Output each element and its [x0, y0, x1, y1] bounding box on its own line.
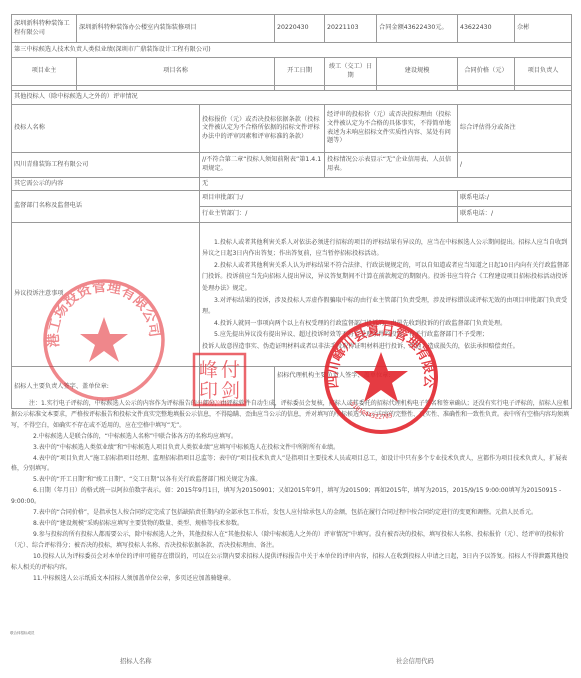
note-item: 注：1.实行电子评标的，中标候选人公示的内容作为评标报告的一部分，由评标软件自动…: [11, 399, 571, 432]
supervision-label: 监督部门名称及监督电话: [12, 191, 200, 223]
complaint-item: 投诉人故意捏造事实、伪造证明材料或者以非法手段取得证明材料进行投诉，给他人造成损…: [202, 341, 569, 353]
others-header-basis: 投标报价（元）或否决投标依据条款（投标文件被认定为不合格所依据的招标文件评标办法…: [200, 105, 325, 153]
header-manager: 项目负责人: [515, 58, 572, 86]
note-item: 9.参与投标的所有投标人都需要公示，除中标候选人之外，其他投标人在“其他投标人（…: [11, 530, 571, 552]
others-section-title: 其他投标人（除中标候选人之外的）评审情况: [12, 91, 572, 105]
performance-row: 深圳新科特种装饰工程有限公司 深圳新科特种装饰办公楼室内装饰装修项目 20220…: [12, 15, 572, 43]
manager-cell: 佘彬: [515, 15, 572, 43]
complaint-item: 2.投标人或者其他利害关系人认为评标结果不符合法律、行政法规规定的，可以自知道或…: [202, 260, 569, 295]
note-item: 6.日期（年月日）的格式统一以阿拉伯数字表示。如：2015年9月1日，填写为20…: [11, 486, 571, 508]
complaint-notice: 1.投标人或者其他利害关系人对依法必须进行招标的项目的评标结果有异议的，应当在中…: [200, 223, 572, 367]
third-candidate-title: 第三中标候选人技术负责人类似业绩(深圳市广鼎装饰设计工程有限公司): [12, 43, 572, 58]
bid-table: 深圳新科特种装饰工程有限公司 深圳新科特种装饰办公楼室内装饰装修项目 20220…: [11, 14, 572, 409]
other-content-label: 其它需公示的内容: [12, 178, 200, 191]
others-row: 四川青鼎装饰工程有限公司 //不符合第二章“投标人须知前附表”第1.4.1项规定…: [12, 153, 572, 178]
others-basis: //不符合第二章“投标人须知前附表”第1.4.1项规定。: [200, 153, 325, 178]
note-item: 10.投标人认为评标委员会对本单位的评审可能存在错误的，可以在公示期内要求招标人…: [11, 552, 571, 574]
scale-cell: 合同金额43622430元。: [377, 15, 458, 43]
note-item: 7.表中的“合同价格”，是指承包人按合同约定完成了包括缺陷责任期内的全部承包工作…: [11, 508, 571, 519]
industry-phone: 联系电话：/: [458, 207, 572, 223]
others-bidder-name: 四川青鼎装饰工程有限公司: [12, 153, 200, 178]
joint-venture-label: 联合体招标成员: [10, 631, 35, 636]
approval-dept: 项目审批部门:/: [200, 191, 458, 207]
approval-phone: 联系电话:/: [458, 191, 572, 207]
others-header-row: 投标人名称 投标报价（元）或否决投标依据条款（投标文件被认定为不合格所依据的招标…: [12, 105, 572, 153]
header-project-name: 项目名称: [77, 58, 275, 86]
owner-cell: 深圳新科特种装饰工程有限公司: [12, 15, 77, 43]
supervision-row-1: 监督部门名称及监督电话 项目审批部门:/ 联系电话:/: [12, 191, 572, 207]
complaint-row: 异议投诉注意事项 1.投标人或者其他利害关系人对依法必须进行招标的项目的评标结果…: [12, 223, 572, 367]
complaint-item: 5.应先提出异议没有提出异议、超过投诉时效等不符合受理条件的投诉，有关行政监督部…: [202, 329, 569, 341]
others-score: /: [458, 153, 572, 178]
complaint-item: 4.投诉人就同一事项向两个以上有权受理的行政监督部门投诉的，由最先收到投诉的行政…: [202, 318, 569, 330]
complaint-item: 3.对评标结果的投诉，涉及投标人弄虚作假骗取中标的由行业主管部门负责受理，涉及评…: [202, 295, 569, 318]
complaint-item: 1.投标人或者其他利害关系人对依法必须进行招标的项目的评标结果有异议的，应当在中…: [202, 237, 569, 260]
others-header-reason: 经评审的投标价（元）或否决投标理由（投标文件被认定为不合格的具体事实，不得简单地…: [325, 105, 458, 153]
note-item: 8.表中的“建设规模”采购招标应填写主要货物的数量、类型、规格等技术参数。: [11, 519, 571, 530]
complaint-label: 异议投诉注意事项: [12, 223, 200, 367]
start-date-cell: 20220430: [275, 15, 325, 43]
contract-price-cell: 43622430: [458, 15, 515, 43]
note-item: 5.表中的“开工日期”和“竣工日期”、“交工日期”以各有关行政监督部门相关规定为…: [11, 475, 571, 486]
other-content-value: 无: [200, 178, 572, 191]
completion-date-cell: 20221103: [325, 15, 377, 43]
others-header-name: 投标人名称: [12, 105, 200, 153]
note-item: 2.中标候选人是联合体的，“中标候选人名称”中联合体各方的名称均应填写。: [11, 432, 571, 443]
header-completion-date: 竣工（交工）日期: [325, 58, 377, 86]
notes-section: 注：1.实行电子评标的，中标候选人公示的内容作为评标报告的一部分，由评标软件自动…: [11, 399, 571, 584]
footer-tenderer-name-header: 招标人名称: [120, 656, 151, 665]
others-reason: 投标情况公示表显示“无”企业信用表、人员信用表。: [325, 153, 458, 178]
header-start-date: 开工日期: [275, 58, 325, 86]
header-scale: 建设规模: [377, 58, 458, 86]
footer-credit-code-header: 社会信用代码: [396, 656, 434, 665]
performance-header-row: 项目业主 项目名称 开工日期 竣工（交工）日期 建设规模 合同价格（元） 项目负…: [12, 58, 572, 86]
bid-announcement-document: 深圳新科特种装饰工程有限公司 深圳新科特种装饰办公楼室内装饰装修项目 20220…: [11, 14, 534, 409]
industry-dept: 行业主管部门：/: [200, 207, 458, 223]
other-content-row: 其它需公示的内容 无: [12, 178, 572, 191]
note-item: 11.中标候选人公示纸质文本招标人须加盖单位公章，多页还应加盖骑缝章。: [11, 574, 571, 585]
note-item: 3.表中的“中标候选人类似业绩”和“中标候选人项目负责人类似业绩”应填写中标候选…: [11, 443, 571, 454]
header-owner: 项目业主: [12, 58, 77, 86]
others-header-score: 综合评估得分或备注: [458, 105, 572, 153]
header-contract-price: 合同价格（元）: [458, 58, 515, 86]
note-item: 4.表中的“项目负责人”施工招标指项目经理、监理招标指项目总监等；表中的“项目技…: [11, 454, 571, 476]
project-name-cell: 深圳新科特种装饰办公楼室内装饰装修项目: [77, 15, 275, 43]
